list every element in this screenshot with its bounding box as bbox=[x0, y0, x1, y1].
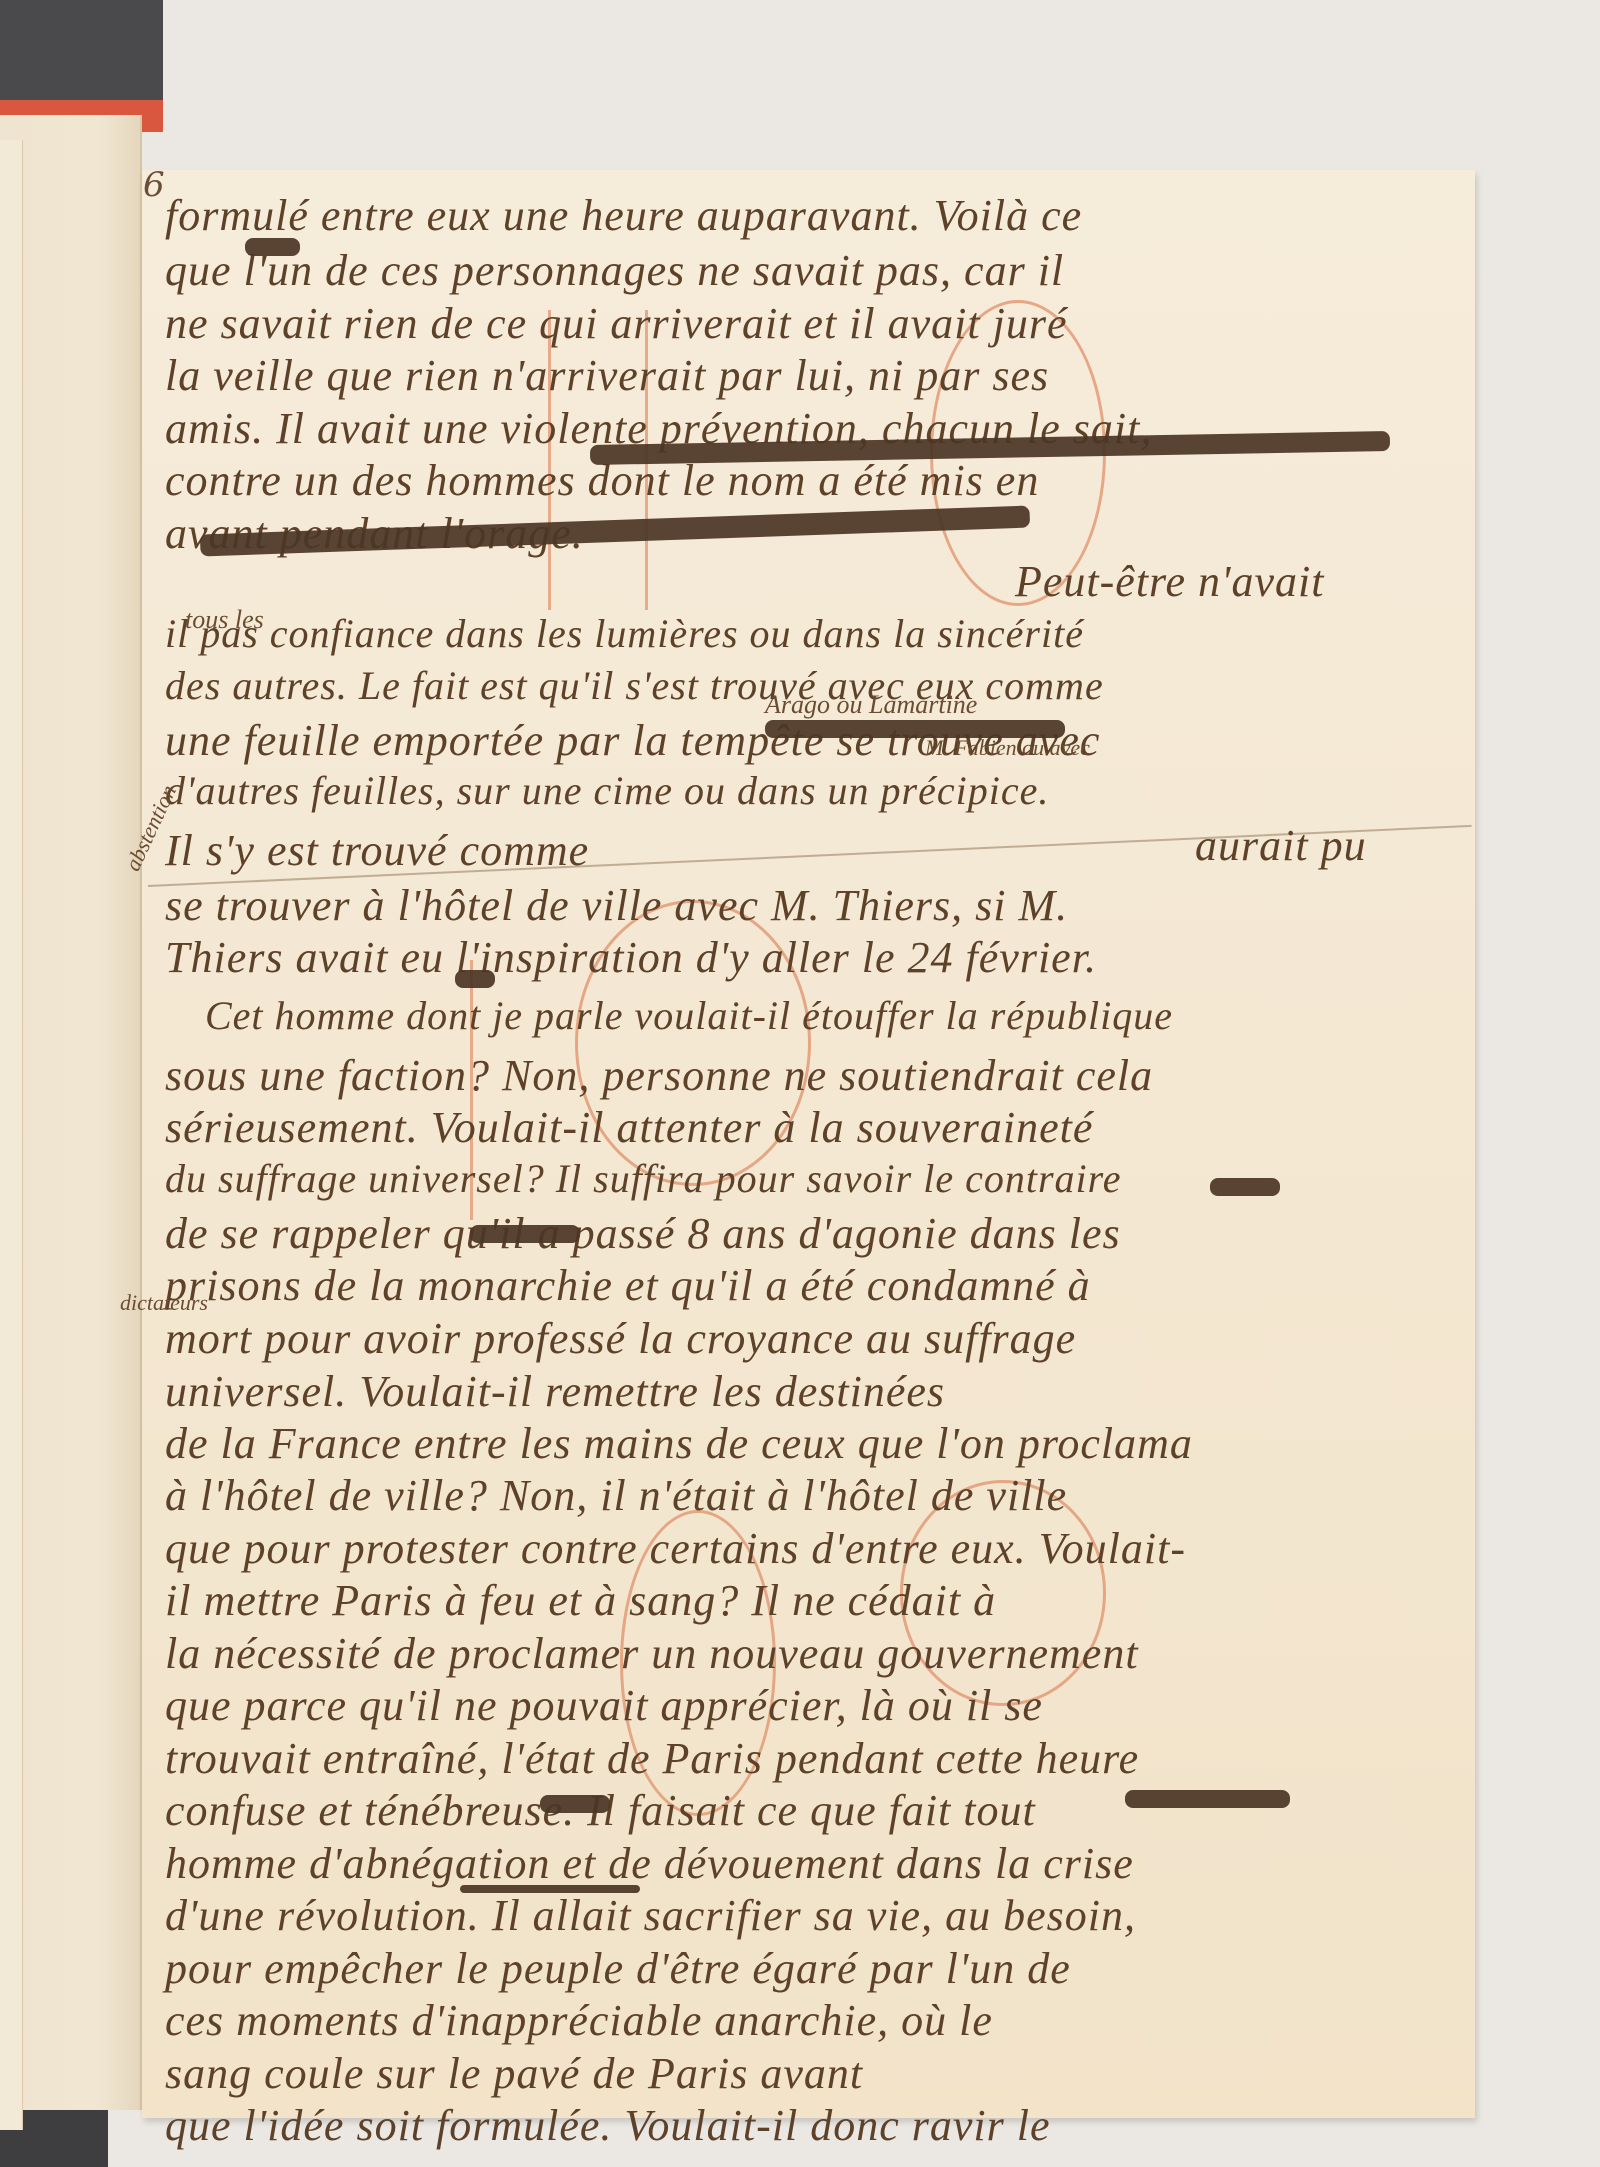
crossed-out-text bbox=[1125, 1790, 1290, 1808]
text-line: trouvait entraîné, l'état de Paris penda… bbox=[165, 1733, 1139, 1784]
text-line: de se rappeler qu'il a passé 8 ans d'ago… bbox=[165, 1208, 1121, 1259]
text-line: sérieusement. Voulait-il attenter à la s… bbox=[165, 1102, 1093, 1153]
text-line: formulé entre eux une heure auparavant. … bbox=[165, 190, 1082, 241]
text-line: il mettre Paris à feu et à sang? Il ne c… bbox=[165, 1575, 996, 1626]
text-line: d'autres feuilles, sur une cime ou dans … bbox=[165, 767, 1049, 814]
crossed-out-text bbox=[540, 1795, 610, 1813]
page-number: 6 bbox=[143, 165, 165, 205]
crossed-out-text bbox=[460, 1885, 640, 1893]
margin-note: dictateurs bbox=[120, 1290, 208, 1316]
text-line: d'une révolution. Il allait sacrifier sa… bbox=[165, 1890, 1136, 1941]
text-line: Cet homme dont je parle voulait-il étouf… bbox=[205, 992, 1173, 1039]
text-line: pour empêcher le peuple d'être égaré par… bbox=[165, 1943, 1071, 1994]
text-line: de la France entre les mains de ceux que… bbox=[165, 1418, 1193, 1469]
left-flyleaf bbox=[0, 140, 23, 2130]
text-line: sous une faction? Non, personne ne souti… bbox=[165, 1050, 1153, 1101]
text-line: ne savait rien de ce qui arriverait et i… bbox=[165, 298, 1067, 349]
text-line: que l'un de ces personnages ne savait pa… bbox=[165, 245, 1064, 296]
crossed-out-text bbox=[470, 1225, 580, 1243]
interlinear-insertion: M. Fabien ou avec bbox=[925, 735, 1090, 761]
text-line: la nécessité de proclamer un nouveau gou… bbox=[165, 1628, 1139, 1679]
text-line: Peut-être n'avait bbox=[1015, 556, 1324, 607]
text-line: la veille que rien n'arriverait par lui,… bbox=[165, 350, 1049, 401]
interlinear-insertion: tous les bbox=[185, 605, 264, 635]
text-line: du suffrage universel? Il suffira pour s… bbox=[165, 1155, 1121, 1202]
crossed-out-text bbox=[1210, 1178, 1280, 1196]
text-line: prisons de la monarchie et qu'il a été c… bbox=[165, 1260, 1091, 1311]
text-line: que l'idée soit formulée. Voulait-il don… bbox=[165, 2100, 1050, 2151]
text-line: que pour protester contre certains d'ent… bbox=[165, 1523, 1186, 1574]
text-line: à l'hôtel de ville? Non, il n'était à l'… bbox=[165, 1470, 1067, 1521]
text-line: sang coule sur le pavé de Paris avant bbox=[165, 2048, 863, 2099]
text-line: Thiers avait eu l'inspiration d'y aller … bbox=[165, 932, 1097, 983]
text-line: mort pour avoir professé la croyance au … bbox=[165, 1313, 1076, 1364]
interlinear-insertion: Arago ou Lamartine bbox=[765, 690, 977, 720]
text-line: universel. Voulait-il remettre les desti… bbox=[165, 1366, 945, 1417]
crossed-out-text bbox=[455, 970, 495, 988]
text-line: il pas confiance dans les lumières ou da… bbox=[165, 610, 1084, 657]
text-line: aurait pu bbox=[1195, 820, 1367, 871]
text-line: que parce qu'il ne pouvait apprécier, là… bbox=[165, 1680, 1043, 1731]
text-line: ces moments d'inappréciable anarchie, où… bbox=[165, 1995, 993, 2046]
text-line: Il s'y est trouvé comme bbox=[165, 825, 589, 876]
crossed-out-text bbox=[245, 238, 300, 256]
text-line: homme d'abnégation et de dévouement dans… bbox=[165, 1838, 1134, 1889]
text-line: se trouver à l'hôtel de ville avec M. Th… bbox=[165, 880, 1068, 931]
